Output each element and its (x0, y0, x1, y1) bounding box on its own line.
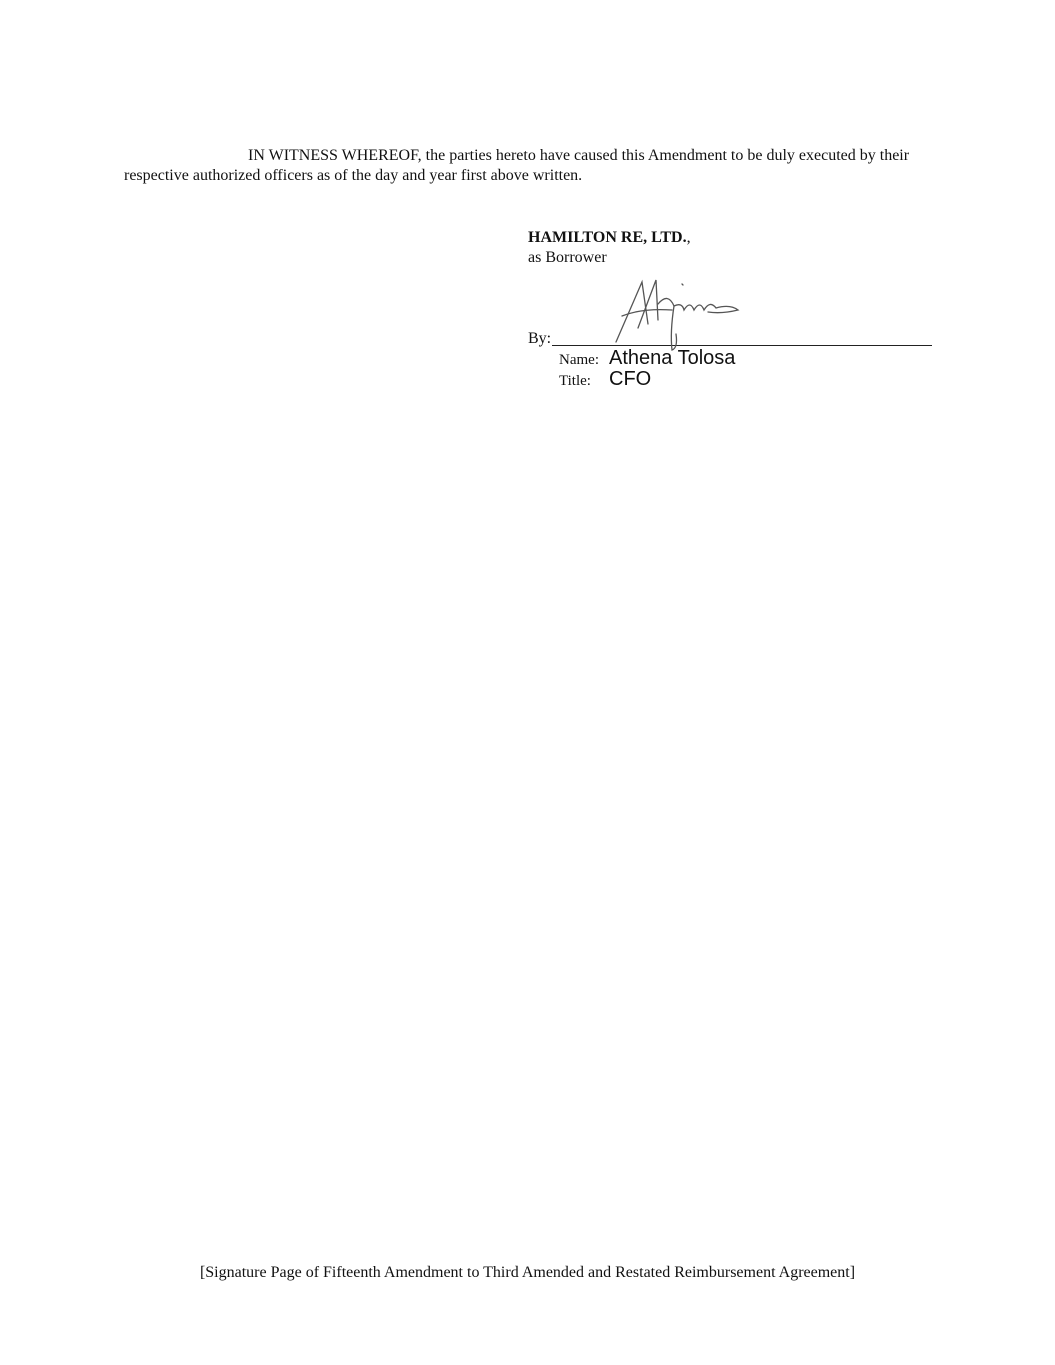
party-role: as Borrower (528, 248, 938, 268)
company-suffix: , (687, 229, 691, 246)
company-name-text: HAMILTON RE, LTD. (528, 229, 687, 246)
title-row: Title:CFO (559, 369, 651, 391)
name-row: Name:Athena Tolosa (559, 348, 735, 370)
page-footer: [Signature Page of Fifteenth Amendment t… (0, 1264, 1055, 1282)
name-label: Name: (559, 350, 609, 370)
by-label: By: (528, 330, 551, 348)
signature-block: HAMILTON RE, LTD., as Borrower By: Name:… (528, 228, 938, 268)
handwritten-signature-icon (612, 274, 752, 354)
signer-title: CFO (609, 368, 651, 390)
company-name: HAMILTON RE, LTD., (528, 228, 938, 248)
witness-text: IN WITNESS WHEREOF, the parties hereto h… (124, 147, 909, 184)
signer-name: Athena Tolosa (609, 347, 735, 369)
title-label: Title: (559, 371, 609, 391)
witness-paragraph: IN WITNESS WHEREOF, the parties hereto h… (124, 146, 934, 186)
